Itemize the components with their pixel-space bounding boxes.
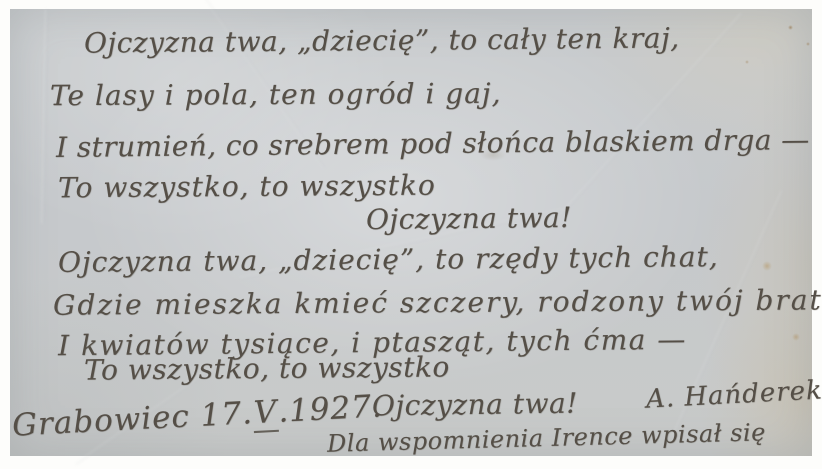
signature: A. Hańderek — [645, 375, 822, 414]
place-date-suffix: .1927. — [277, 388, 383, 429]
paper-stain — [806, 42, 810, 46]
scanned-album-page: { "poem": { "stanza1": { "line1": "Ojczy… — [0, 0, 822, 469]
paper-stain — [792, 333, 800, 341]
stanza1-line4: To wszystko, to wszystko — [58, 169, 436, 205]
paper-stain — [745, 60, 749, 64]
place-date-month: V — [252, 394, 279, 433]
stanza1-refrain: Ojczyzna twa! — [366, 201, 572, 236]
dedication: Dla wspomnienia Irence wpisał się — [327, 418, 766, 457]
stanza2-refrain: Ojczyzna twa! — [372, 387, 578, 423]
paper-crease — [41, 9, 48, 224]
paper-stain — [762, 261, 772, 271]
stanza1-line1: Ojczyzna twa, „dziecię”, to cały ten kra… — [84, 21, 680, 59]
stanza2-line1: Ojczyzna twa, „dziecię”, to rzędy tych c… — [58, 240, 719, 279]
stanza2-line4: To wszystko, to wszystko — [84, 350, 450, 386]
stanza1-line2: Te lasy i pola, ten ogród i gaj, — [50, 77, 502, 112]
stanza1-line3: I strumień, co srebrem pod słońca blaski… — [56, 123, 810, 164]
place-date-prefix: Grabowiec 17. — [11, 395, 253, 444]
stanza2-line2: Gdzie mieszka kmieć szczery, rodzony twó… — [53, 283, 822, 321]
paper-page: Ojczyzna twa, „dziecię”, to cały ten kra… — [10, 9, 812, 456]
paper-stain — [788, 25, 793, 30]
